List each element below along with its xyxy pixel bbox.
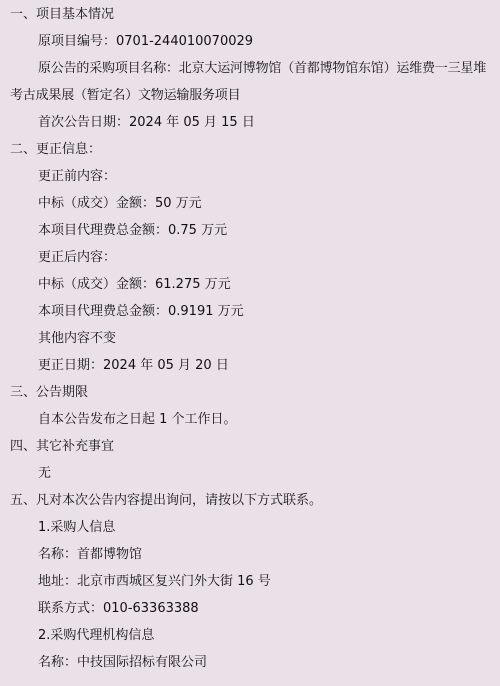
after-bid-amount: 中标（成交）金额：61.275 万元 [0,271,500,298]
section-heading-contact: 五、凡对本次公告内容提出询问，请按以下方式联系。 [0,487,500,514]
before-correction-label: 更正前内容： [0,163,500,190]
other-content-unchanged: 其他内容不变 [0,325,500,352]
original-project-number: 原项目编号：0701-244010070029 [0,28,500,55]
announcement-period-text: 自本公告发布之日起 1 个工作日。 [0,406,500,433]
original-project-name: 原公告的采购项目名称：北京大运河博物馆（首都博物馆东馆）运维费一三星堆考古成果展… [0,55,500,109]
agency-name: 名称：中技国际招标有限公司 [0,649,500,676]
section-heading-other-matters: 四、其它补充事宜 [0,433,500,460]
section-heading-basic-info: 一、项目基本情况 [0,1,500,28]
after-agency-fee: 本项目代理费总金额：0.9191 万元 [0,298,500,325]
before-bid-amount: 中标（成交）金额：50 万元 [0,190,500,217]
after-correction-label: 更正后内容： [0,244,500,271]
first-announcement-date: 首次公告日期：2024 年 05 月 15 日 [0,109,500,136]
section-heading-correction-info: 二、更正信息： [0,136,500,163]
before-agency-fee: 本项目代理费总金额：0.75 万元 [0,217,500,244]
correction-date: 更正日期：2024 年 05 月 20 日 [0,352,500,379]
purchaser-name: 名称：首都博物馆 [0,541,500,568]
agency-info-label: 2.采购代理机构信息 [0,622,500,649]
section-heading-announcement-period: 三、公告期限 [0,379,500,406]
other-matters-text: 无 [0,460,500,487]
purchaser-contact: 联系方式：010-63363388 [0,595,500,622]
purchaser-address: 地址：北京市西城区复兴门外大街 16 号 [0,568,500,595]
announcement-document: 一、项目基本情况 原项目编号：0701-244010070029 原公告的采购项… [0,0,500,676]
purchaser-info-label: 1.采购人信息 [0,514,500,541]
